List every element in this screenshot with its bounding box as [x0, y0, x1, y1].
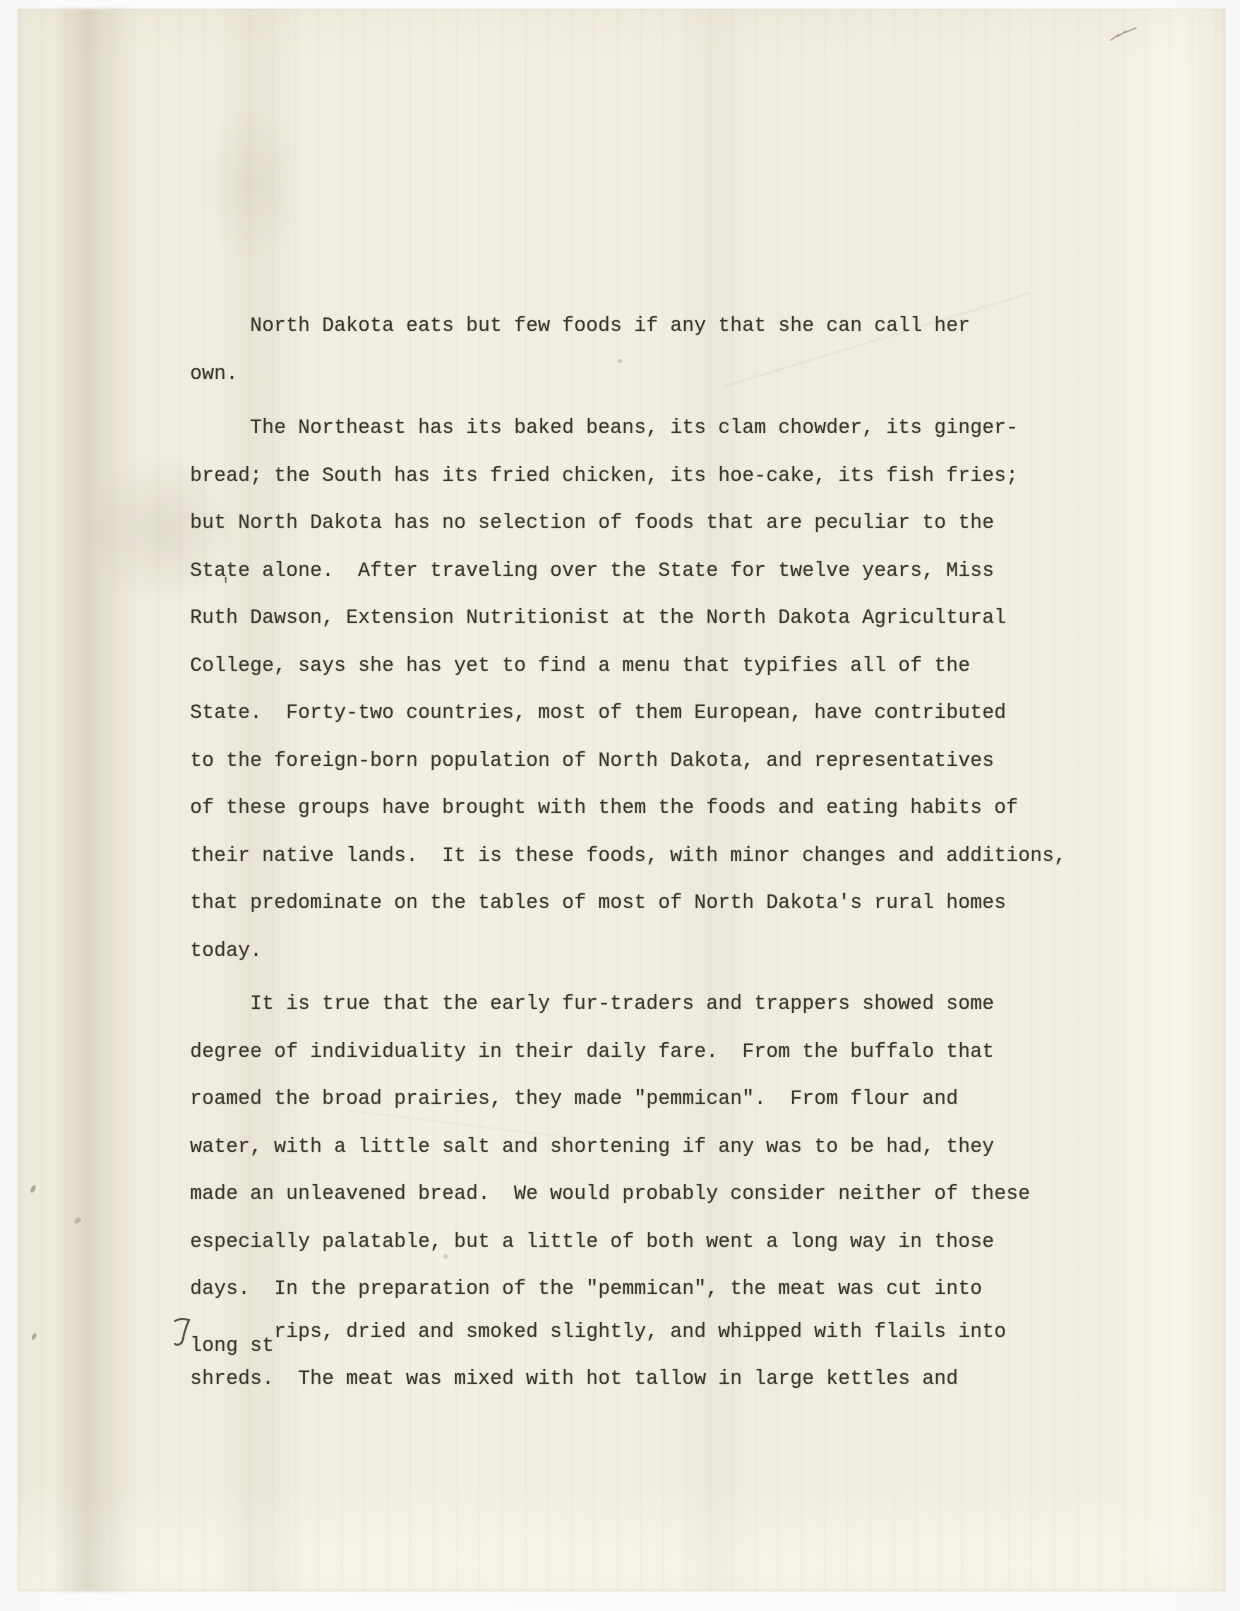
text-line: today. — [190, 928, 1110, 976]
text-line: but North Dakota has no selection of foo… — [190, 500, 1110, 548]
text-line: of these groups have brought with them t… — [190, 785, 1110, 833]
text-line: roamed the broad prairies, they made "pe… — [190, 1076, 1110, 1124]
text-line: College, says she has yet to find a menu… — [190, 643, 1110, 691]
paper-fold-shadow — [52, 9, 138, 1591]
typed-text-block: North Dakota eats but few foods if any t… — [190, 303, 1110, 1404]
text-line: own. — [190, 351, 1110, 399]
paragraph-2: The Northeast has its baked beans, its c… — [190, 405, 1110, 975]
dropped-text-fragment: long st — [190, 1335, 274, 1358]
ink-speck — [31, 1333, 37, 1341]
text-line: to the foreign-born population of North … — [190, 738, 1110, 786]
text-line: bread; the South has its fried chicken, … — [190, 453, 1110, 501]
paragraph-3: It is true that the early fur-traders an… — [190, 981, 1110, 1404]
text-line: their native lands. It is these foods, w… — [190, 833, 1110, 881]
text-line: shreds. The meat was mixed with hot tall… — [190, 1356, 1110, 1404]
text-line: made an unleavened bread. We would proba… — [190, 1171, 1110, 1219]
text-line: days. In the preparation of the "pemmica… — [190, 1266, 1110, 1314]
scanner-background: ' North Dakota eats but few foods if any… — [0, 0, 1240, 1611]
pen-scratch-mark — [1110, 27, 1138, 43]
text-line: North Dakota eats but few foods if any t… — [190, 303, 1110, 351]
text-line-carriage-slip: long strips, dried and smoked slightly, … — [190, 1309, 1110, 1357]
raised-text-fragment: rips, dried and smoked slightly, and whi… — [274, 1321, 1006, 1344]
paper-smudge — [183, 69, 323, 299]
text-line: The Northeast has its baked beans, its c… — [190, 405, 1110, 453]
text-line: Ruth Dawson, Extension Nutritionist at t… — [190, 595, 1110, 643]
text-line: State alone. After traveling over the St… — [190, 548, 1110, 596]
ink-speck — [30, 1185, 37, 1194]
paragraph-1: North Dakota eats but few foods if any t… — [190, 303, 1110, 398]
paper-page: ' North Dakota eats but few foods if any… — [18, 9, 1225, 1591]
text-line: It is true that the early fur-traders an… — [190, 981, 1110, 1029]
text-line: State. Forty-two countries, most of them… — [190, 690, 1110, 738]
text-line: degree of individuality in their daily f… — [190, 1029, 1110, 1077]
text-line: that predominate on the tables of most o… — [190, 880, 1110, 928]
text-line: especially palatable, but a little of bo… — [190, 1219, 1110, 1267]
text-line: water, with a little salt and shortening… — [190, 1124, 1110, 1172]
